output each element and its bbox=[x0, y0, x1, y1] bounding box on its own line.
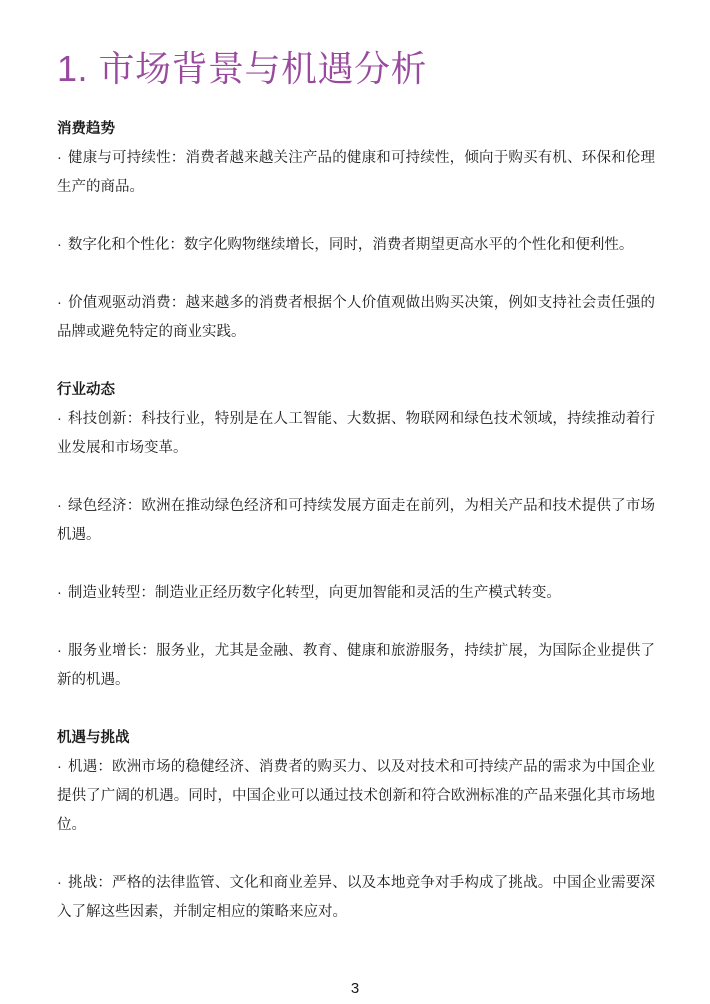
bullet-item: ·绿色经济：欧洲在推动绿色经济和可持续发展方面走在前列，为相关产品和技术提供了市… bbox=[57, 492, 655, 550]
section-heading: 消费趋势 bbox=[57, 115, 655, 144]
bullet-item: ·科技创新：科技行业，特别是在人工智能、大数据、物联网和绿色技术领域，持续推动着… bbox=[57, 405, 655, 463]
bullet-marker: · bbox=[57, 585, 62, 601]
section-heading: 机遇与挑战 bbox=[57, 724, 655, 753]
section-industry-dynamics: 行业动态 ·科技创新：科技行业，特别是在人工智能、大数据、物联网和绿色技术领域，… bbox=[57, 376, 655, 695]
bullet-text: 绿色经济：欧洲在推动绿色经济和可持续发展方面走在前列，为相关产品和技术提供了市场… bbox=[57, 498, 655, 543]
bullet-item: ·数字化和个性化：数字化购物继续增长，同时，消费者期望更高水平的个性化和便利性。 bbox=[57, 231, 655, 260]
bullet-marker: · bbox=[57, 411, 62, 427]
bullet-text: 服务业增长：服务业，尤其是金融、教育、健康和旅游服务，持续扩展，为国际企业提供了… bbox=[57, 643, 655, 688]
bullet-marker: · bbox=[57, 150, 62, 166]
bullet-text: 价值观驱动消费：越来越多的消费者根据个人价值观做出购买决策，例如支持社会责任强的… bbox=[57, 295, 655, 340]
bullet-item: ·服务业增长：服务业，尤其是金融、教育、健康和旅游服务，持续扩展，为国际企业提供… bbox=[57, 637, 655, 695]
bullet-item: ·价值观驱动消费：越来越多的消费者根据个人价值观做出购买决策，例如支持社会责任强… bbox=[57, 289, 655, 347]
bullet-marker: · bbox=[57, 237, 62, 253]
page-title: 1. 市场背景与机遇分析 bbox=[57, 47, 655, 91]
bullet-marker: · bbox=[57, 759, 62, 775]
bullet-marker: · bbox=[57, 643, 62, 659]
bullet-marker: · bbox=[57, 498, 62, 514]
bullet-text: 数字化和个性化：数字化购物继续增长，同时，消费者期望更高水平的个性化和便利性。 bbox=[68, 237, 634, 253]
bullet-marker: · bbox=[57, 875, 62, 891]
section-opportunities-challenges: 机遇与挑战 ·机遇：欧洲市场的稳健经济、消费者的购买力、以及对技术和可持续产品的… bbox=[57, 724, 655, 927]
page-footer: 3 bbox=[0, 978, 710, 1000]
bullet-text: 机遇：欧洲市场的稳健经济、消费者的购买力、以及对技术和可持续产品的需求为中国企业… bbox=[57, 759, 655, 833]
bullet-item: ·机遇：欧洲市场的稳健经济、消费者的购买力、以及对技术和可持续产品的需求为中国企… bbox=[57, 753, 655, 840]
document-page: 1. 市场背景与机遇分析 消费趋势 ·健康与可持续性：消费者越来越关注产品的健康… bbox=[0, 0, 710, 1004]
bullet-text: 科技创新：科技行业，特别是在人工智能、大数据、物联网和绿色技术领域，持续推动着行… bbox=[57, 411, 655, 456]
section-heading: 行业动态 bbox=[57, 376, 655, 405]
page-number: 3 bbox=[351, 980, 359, 997]
bullet-text: 健康与可持续性：消费者越来越关注产品的健康和可持续性，倾向于购买有机、环保和伦理… bbox=[57, 150, 655, 195]
bullet-item: ·健康与可持续性：消费者越来越关注产品的健康和可持续性，倾向于购买有机、环保和伦… bbox=[57, 144, 655, 202]
bullet-text: 制造业转型：制造业正经历数字化转型，向更加智能和灵活的生产模式转变。 bbox=[68, 585, 561, 601]
bullet-item: ·制造业转型：制造业正经历数字化转型，向更加智能和灵活的生产模式转变。 bbox=[57, 579, 655, 608]
bullet-marker: · bbox=[57, 295, 62, 311]
section-consumer-trends: 消费趋势 ·健康与可持续性：消费者越来越关注产品的健康和可持续性，倾向于购买有机… bbox=[57, 115, 655, 347]
bullet-text: 挑战：严格的法律监管、文化和商业差异、以及本地竞争对手构成了挑战。中国企业需要深… bbox=[57, 875, 655, 920]
bullet-item: ·挑战：严格的法律监管、文化和商业差异、以及本地竞争对手构成了挑战。中国企业需要… bbox=[57, 869, 655, 927]
